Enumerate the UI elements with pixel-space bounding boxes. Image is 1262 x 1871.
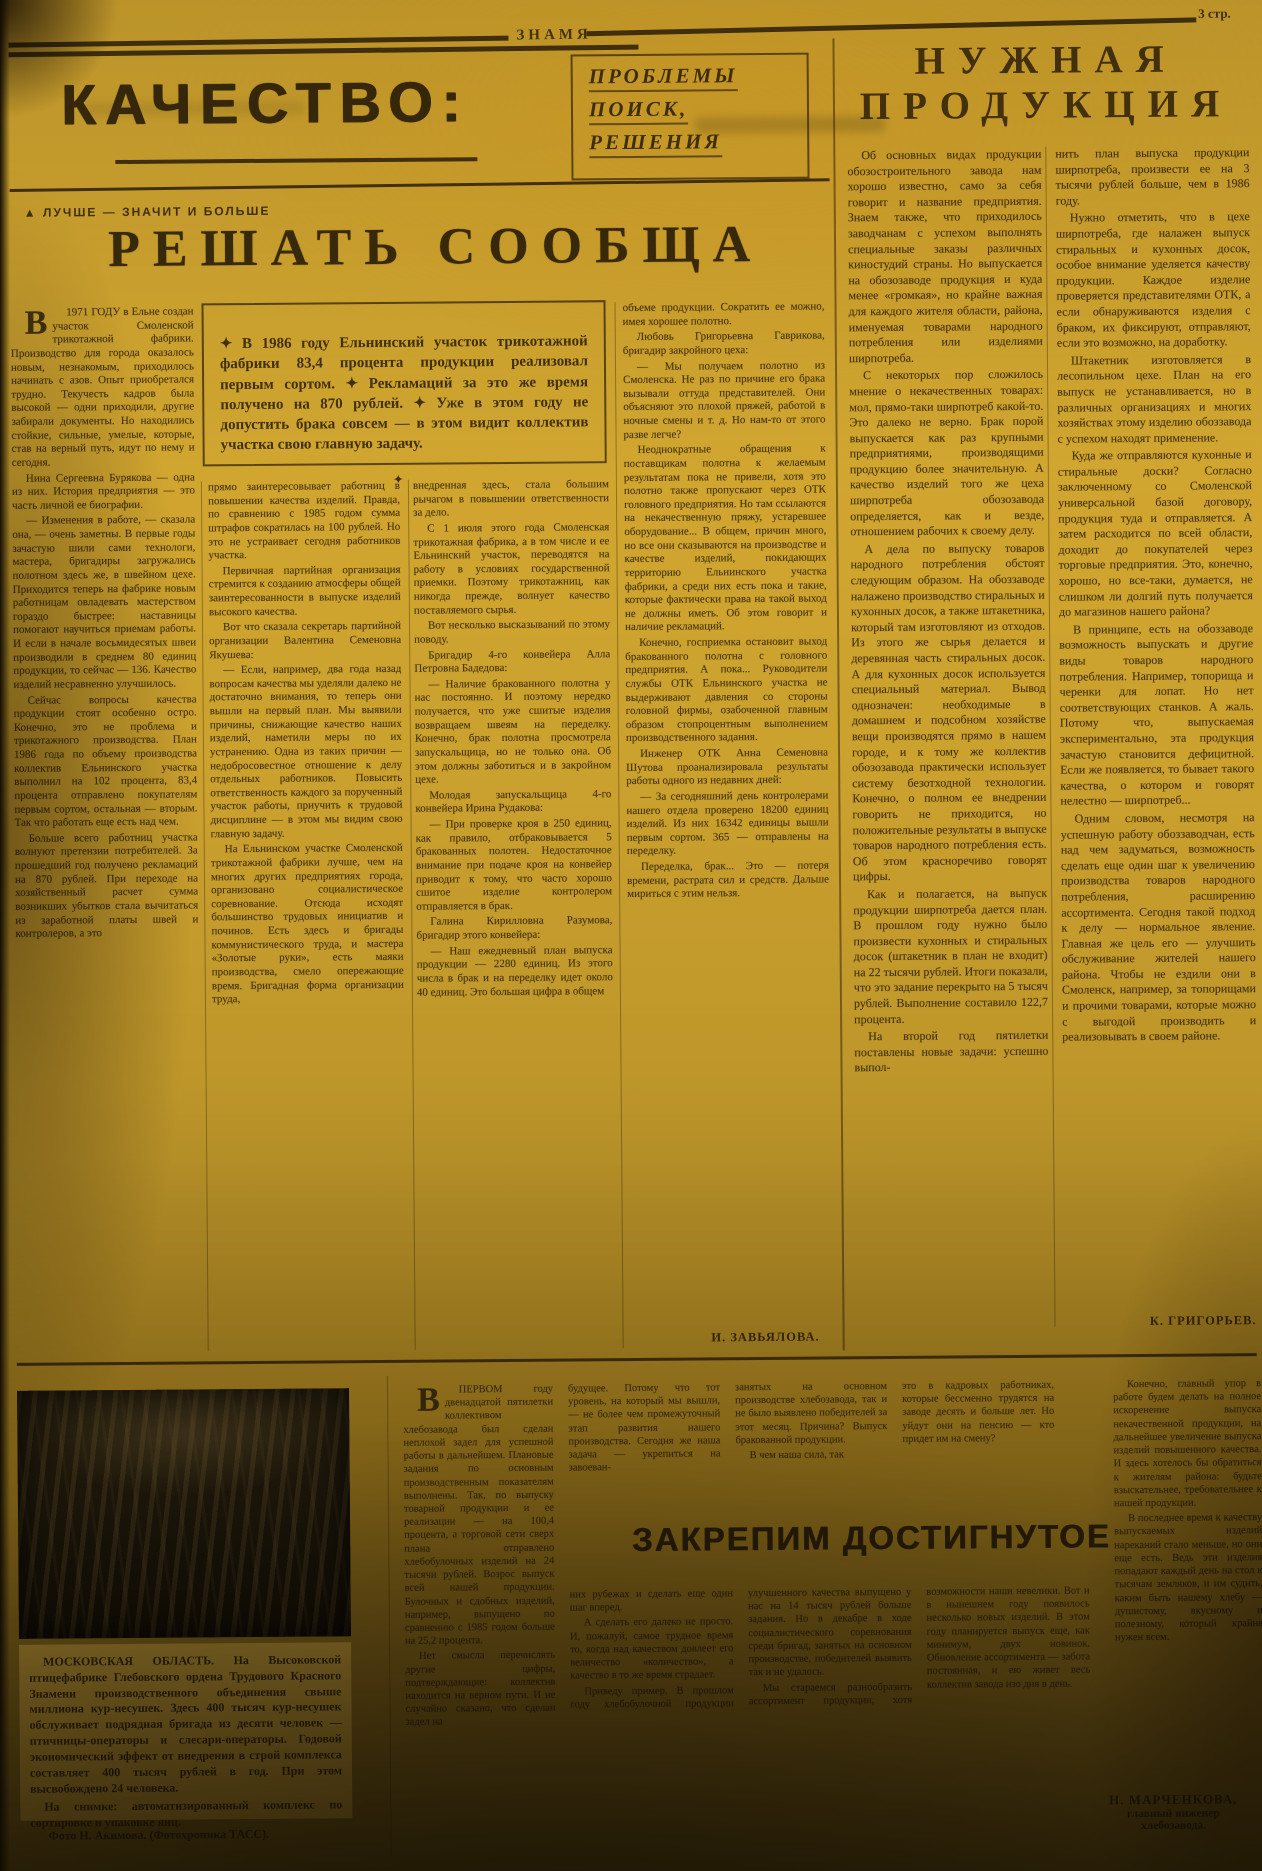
page-sheet: ЗНАМЯ 3 стр. КАЧЕСТВО: ПРОБЛЕМЫ ПОИСК, Р… [0, 0, 1262, 1871]
newspaper-page: ЗНАМЯ 3 стр. КАЧЕСТВО: ПРОБЛЕМЫ ПОИСК, Р… [0, 0, 1262, 1871]
rubric-title: КАЧЕСТВО: [61, 69, 470, 138]
article3-column-2-top: будущее. Потому что тот уровень, на кото… [568, 1381, 721, 1522]
article3-signature: Н. МАРЧЕНКОВА, главный инженер хлебозаво… [1083, 1791, 1262, 1832]
article1-lead-box: ✦ В 1986 году Ельнинский участок трикота… [201, 300, 606, 466]
triangle-marker-icon: ▲ [24, 206, 38, 220]
article3-column-3-top: занятых на основном производстве хлебоза… [735, 1380, 888, 1521]
article2-title-line2: ПРОДУКЦИЯ [860, 82, 1233, 128]
article1-signature: И. ЗАВЬЯЛОВА. [645, 1330, 820, 1346]
article2-title: НУЖНАЯ ПРОДУКЦИЯ [839, 37, 1252, 130]
article1-column-4: объеме продукции. Сократить ее можно, им… [622, 300, 832, 1332]
masthead-rule-right [586, 17, 1196, 36]
column-rule [201, 481, 209, 1351]
article2-column-1: Об основных видах продукции обозостроите… [847, 147, 1050, 1328]
scan-edge-shadow [0, 0, 10, 1871]
photo-poultry-complex [17, 1388, 351, 1639]
article3-column-1: В ПЕРВОМ году двенадцатой пятилетки колл… [403, 1383, 557, 1858]
article1-kicker: ▲ ЛУЧШЕ — ЗНАЧИТ И БОЛЬШЕ [24, 204, 271, 220]
photo-caption: МОСКОВСКАЯ ОБЛАСТЬ. На Высоковской птице… [19, 1642, 352, 1821]
page-number: 3 стр. [1198, 6, 1231, 22]
article3-columns-bottom: них рубежах и сделать еще один шаг впере… [570, 1584, 1092, 1856]
banner-bottom-rule [10, 178, 830, 192]
column-rule [387, 1376, 392, 1858]
rubric-tags-box: ПРОБЛЕМЫ ПОИСК, РЕШЕНИЯ [571, 53, 810, 181]
article2-signature: К. ГРИГОРЬЕВ. [1068, 1313, 1256, 1329]
article1-column-1: В 1971 ГОДУ в Ельне создан участок Смоле… [11, 305, 202, 1352]
rubric-underline [115, 157, 477, 164]
column-rule [614, 302, 623, 1348]
article1-kicker-text: ЛУЧШЕ — ЗНАЧИТ И БОЛЬШЕ [43, 204, 271, 220]
masthead-title: ЗНАМЯ [516, 26, 592, 44]
section-divider-rule [17, 1353, 1257, 1366]
article3-title: ЗАКРЕПИМ ДОСТИГНУТОЕ [626, 1517, 1116, 1559]
rubric-tag: ПРОБЛЕМЫ [589, 63, 738, 92]
article-divider-rule [832, 38, 844, 1350]
rubric-tag: ПОИСК, [589, 97, 689, 126]
photo-credit: Фото Н. Акимова. (Фотохроника ТАСС). [48, 1827, 269, 1844]
article2-title-line1: НУЖНАЯ [914, 38, 1177, 83]
article3-column-right: Конечно, главный упор в работе будем дел… [1113, 1377, 1262, 1786]
article2-column-2: нить план выпуска продукции ширпотреба, … [1055, 145, 1258, 1304]
rubric-tag: РЕШЕНИЯ [589, 129, 722, 158]
article1-title: РЕШАТЬ СООБЩА [108, 215, 764, 279]
article1-column-2: прямо заинтересовывает работниц в повыше… [208, 480, 407, 1351]
masthead-rule-left [8, 36, 508, 48]
article3-column-4-top: это в кадровых работниках, которые бессм… [902, 1379, 1055, 1520]
article3-signature-name: Н. МАРЧЕНКОВА, [1083, 1791, 1262, 1808]
article1-column-3: внедренная здесь, стала большим рычагом … [413, 478, 616, 1350]
article3-signature-role2: хлебозавода. [1083, 1819, 1262, 1832]
